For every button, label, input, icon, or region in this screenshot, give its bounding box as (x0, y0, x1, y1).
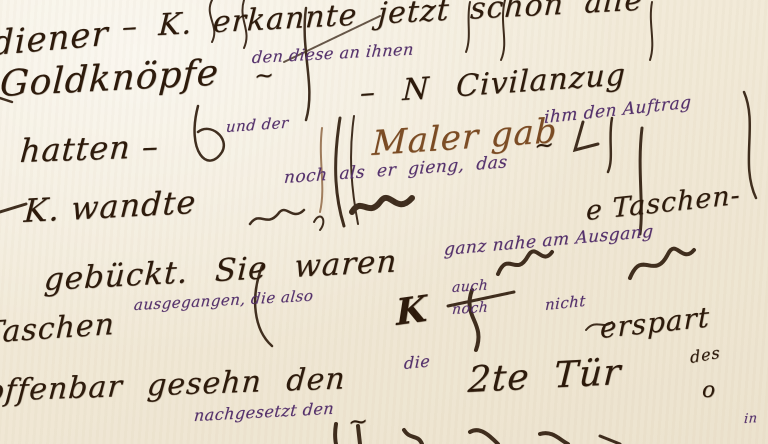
ms-insert-ihm-den-auftrag: ihm den Auftrag (544, 92, 692, 128)
manuscript-page-photo: diener – K. erkannte jetzt schon alle Go… (0, 0, 768, 444)
ms-tilde-mark: ~ (347, 407, 370, 436)
ms-insert-und-der: und der (225, 114, 289, 137)
ms-insert-die: die (404, 351, 431, 373)
ms-tilde-mark: ~ (533, 130, 557, 160)
ms-line-hatten: hatten – (19, 127, 161, 170)
ms-line-gebueckt-sie-waren: gebückt. Sie waren (43, 243, 398, 298)
ms-letter-o: o (702, 378, 716, 403)
ms-insert-nachgesetzt-den: nachgesetzt den (193, 399, 335, 425)
ms-line-diener: diener (0, 14, 109, 64)
ms-insert-nahe-am-ausgang: ganz nahe am Ausgang (443, 222, 654, 260)
ms-letter-k-bold: K (395, 287, 428, 334)
ms-insert-in: in (743, 411, 758, 427)
ms-insert-noch: noch (451, 299, 488, 318)
ms-line-erkannte: – K. erkannte jetzt schon alle (121, 0, 644, 45)
ms-line-erspart: erspart (600, 300, 710, 345)
ms-line-zweite-tuer: 2te Tür (467, 352, 622, 401)
ms-word-des: des (689, 343, 721, 367)
ms-line-k-wandte: K. wandte (23, 183, 197, 230)
ms-insert-nicht: nicht (545, 292, 586, 314)
ms-line-taschen-hyphen: e Taschen- (586, 180, 741, 227)
ms-line-taschen-left: Taschen (0, 307, 115, 351)
ms-tilde-mark: ~ (253, 61, 276, 90)
ms-insert-den-diese: den diese an ihnen (251, 39, 415, 67)
ms-insert-auch: auch (451, 277, 488, 296)
